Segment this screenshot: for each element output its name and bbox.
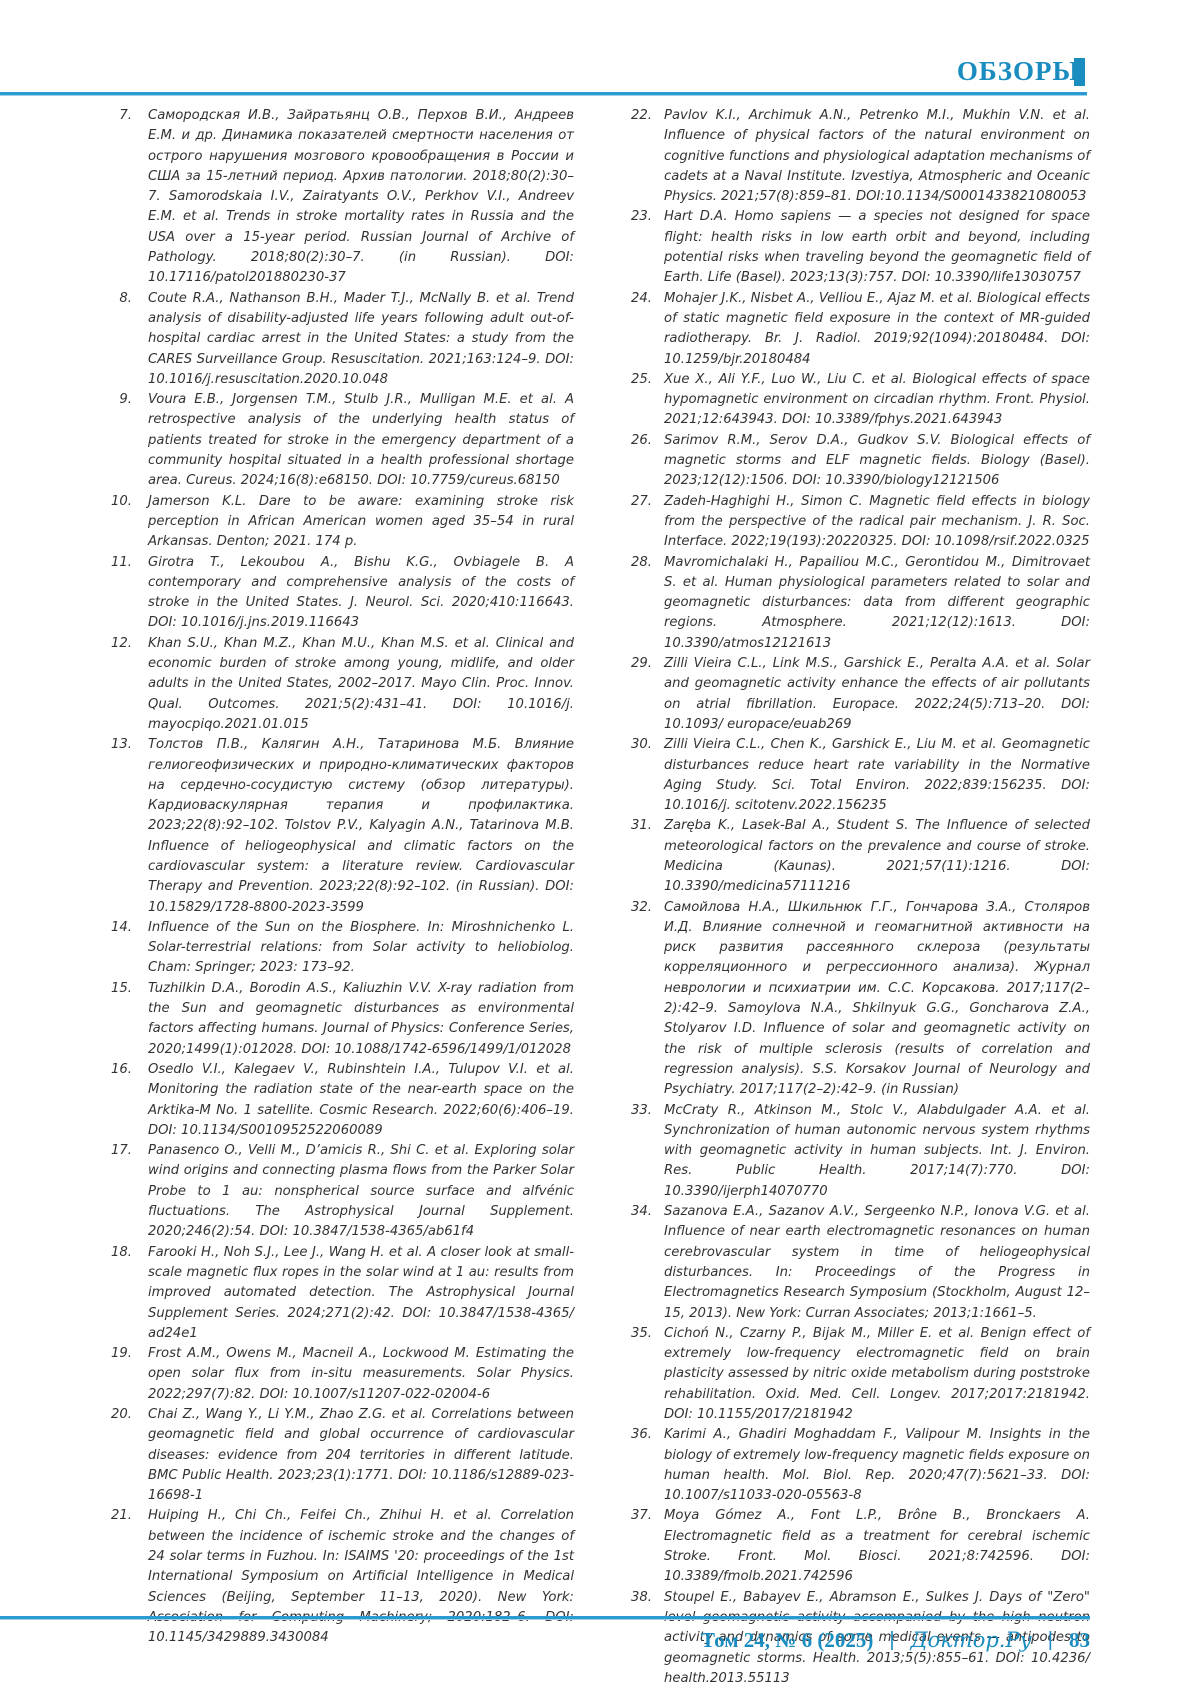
reference-text: Karimi A., Ghadiri Moghaddam F., Valipou… [664, 1427, 1090, 1503]
footer-separator: | [889, 1626, 894, 1654]
reference-number: 20. [110, 1405, 136, 1425]
reference-number: 11. [110, 553, 136, 573]
journal-brand-logo: Доктор.Ру [911, 1626, 1032, 1654]
reference-item: 34.Sazanova E.A., Sazanov A.V., Sergeenk… [636, 1202, 1090, 1324]
reference-text: Chai Z., Wang Y., Li Y.M., Zhao Z.G. et … [148, 1407, 574, 1503]
reference-item: 16.Osedlo V.I., Kalegaev V., Rubinshtein… [120, 1060, 574, 1141]
reference-number: 35. [630, 1324, 656, 1344]
reference-text: Hart D.A. Homo sapiens — a species not d… [664, 209, 1090, 285]
reference-number: 7. [110, 106, 136, 126]
reference-list-left: 7.Самородская И.В., Зайратьянц О.В., Пер… [120, 106, 574, 1649]
reference-item: 19.Frost A.M., Owens M., Macneil A., Loc… [120, 1344, 574, 1405]
reference-number: 26. [630, 431, 656, 451]
reference-number: 28. [630, 553, 656, 573]
reference-number: 25. [630, 370, 656, 390]
reference-item: 10.Jamerson K.L. Dare to be aware: exami… [120, 492, 574, 553]
reference-text: Самойлова Н.А., Шкильнюк Г.Г., Гончарова… [664, 900, 1090, 1098]
references-column-right: 22.Pavlov K.I., Archimuk A.N., Petrenko … [636, 106, 1090, 1689]
reference-item: 26.Sarimov R.M., Serov D.A., Gudkov S.V.… [636, 431, 1090, 492]
reference-text: Khan S.U., Khan M.Z., Khan M.U., Khan M.… [148, 636, 574, 732]
reference-item: 25.Xue X., Ali Y.F., Luo W., Liu C. et a… [636, 370, 1090, 431]
reference-text: Самородская И.В., Зайратьянц О.В., Перхо… [148, 108, 574, 285]
reference-item: 22.Pavlov K.I., Archimuk A.N., Petrenko … [636, 106, 1090, 207]
page-number: 83 [1069, 1626, 1090, 1654]
reference-item: 31.Zaręba K., Lasek-Bal A., Student S. T… [636, 816, 1090, 897]
reference-text: Osedlo V.I., Kalegaev V., Rubinshtein I.… [148, 1062, 574, 1138]
reference-text: Sarimov R.M., Serov D.A., Gudkov S.V. Bi… [664, 433, 1090, 489]
reference-text: Influence of the Sun on the Biosphere. I… [148, 920, 574, 976]
reference-number: 38. [630, 1588, 656, 1608]
reference-number: 19. [110, 1344, 136, 1364]
reference-number: 12. [110, 634, 136, 654]
reference-text: Huiping H., Chi Ch., Feifei Ch., Zhihui … [148, 1508, 574, 1645]
reference-item: 30.Zilli Vieira C.L., Chen K., Garshick … [636, 735, 1090, 816]
reference-number: 23. [630, 207, 656, 227]
reference-item: 28.Mavromichalaki H., Papailiou M.C., Ge… [636, 553, 1090, 654]
references-column-left: 7.Самородская И.В., Зайратьянц О.В., Пер… [120, 106, 574, 1649]
reference-number: 21. [110, 1506, 136, 1526]
reference-number: 31. [630, 816, 656, 836]
reference-item: 36.Karimi A., Ghadiri Moghaddam F., Vali… [636, 1425, 1090, 1506]
reference-text: Moya Gómez A., Font L.P., Brône B., Bron… [664, 1508, 1090, 1584]
reference-item: 24.Mohajer J.K., Nisbet A., Velliou E., … [636, 289, 1090, 370]
reference-text: Coute R.A., Nathanson B.H., Mader T.J., … [148, 291, 574, 387]
reference-item: 9.Voura E.B., Jorgensen T.M., Stulb J.R.… [120, 390, 574, 491]
reference-item: 14.Influence of the Sun on the Biosphere… [120, 918, 574, 979]
reference-item: 21.Huiping H., Chi Ch., Feifei Ch., Zhih… [120, 1506, 574, 1648]
reference-item: 37.Moya Gómez A., Font L.P., Brône B., B… [636, 1506, 1090, 1587]
reference-text: Mavromichalaki H., Papailiou M.C., Geron… [664, 555, 1090, 651]
reference-item: 13.Толстов П.В., Калягин А.Н., Татаринов… [120, 735, 574, 918]
reference-text: Jamerson K.L. Dare to be aware: examinin… [148, 494, 574, 550]
page-footer: Том 24, № 6 (2025) | Доктор.Ру | 83 [701, 1626, 1090, 1654]
reference-text: Mohajer J.K., Nisbet A., Velliou E., Aja… [664, 291, 1090, 367]
reference-number: 14. [110, 918, 136, 938]
section-title: ОБЗОРЫ [930, 56, 1080, 86]
reference-text: McCraty R., Atkinson M., Stolc V., Alabd… [664, 1103, 1090, 1199]
footer-separator: | [1048, 1626, 1053, 1654]
journal-volume: Том 24, № 6 (2025) [701, 1626, 873, 1654]
reference-text: Sazanova E.A., Sazanov A.V., Sergeenko N… [664, 1204, 1090, 1320]
reference-number: 33. [630, 1101, 656, 1121]
reference-number: 10. [110, 492, 136, 512]
reference-number: 13. [110, 735, 136, 755]
reference-number: 32. [630, 898, 656, 918]
reference-item: 12.Khan S.U., Khan M.Z., Khan M.U., Khan… [120, 634, 574, 735]
reference-text: Farooki H., Noh S.J., Lee J., Wang H. et… [148, 1245, 574, 1341]
reference-item: 27.Zadeh-Haghighi H., Simon C. Magnetic … [636, 492, 1090, 553]
reference-item: 32.Самойлова Н.А., Шкильнюк Г.Г., Гончар… [636, 898, 1090, 1101]
reference-item: 18.Farooki H., Noh S.J., Lee J., Wang H.… [120, 1243, 574, 1344]
reference-text: Pavlov K.I., Archimuk A.N., Petrenko M.I… [664, 108, 1090, 204]
section-tab-marker [1074, 58, 1085, 86]
reference-number: 34. [630, 1202, 656, 1222]
reference-number: 16. [110, 1060, 136, 1080]
reference-item: 11.Girotra T., Lekoubou A., Bishu K.G., … [120, 553, 574, 634]
reference-number: 37. [630, 1506, 656, 1526]
reference-number: 24. [630, 289, 656, 309]
reference-text: Толстов П.В., Калягин А.Н., Татаринова М… [148, 737, 574, 914]
reference-text: Tuzhilkin D.A., Borodin A.S., Kaliuzhin … [148, 981, 574, 1057]
reference-number: 17. [110, 1141, 136, 1161]
reference-item: 33.McCraty R., Atkinson M., Stolc V., Al… [636, 1101, 1090, 1202]
reference-item: 35.Cichoń N., Czarny P., Bijak M., Mille… [636, 1324, 1090, 1425]
reference-text: Cichoń N., Czarny P., Bijak M., Miller E… [664, 1326, 1090, 1422]
reference-text: Zaręba K., Lasek-Bal A., Student S. The … [664, 818, 1090, 894]
reference-item: 7.Самородская И.В., Зайратьянц О.В., Пер… [120, 106, 574, 289]
reference-text: Zadeh-Haghighi H., Simon C. Magnetic fie… [664, 494, 1090, 550]
reference-number: 29. [630, 654, 656, 674]
reference-item: 8.Coute R.A., Nathanson B.H., Mader T.J.… [120, 289, 574, 390]
reference-item: 15.Tuzhilkin D.A., Borodin A.S., Kaliuzh… [120, 979, 574, 1060]
reference-item: 17.Panasenco O., Velli M., D’amicis R., … [120, 1141, 574, 1242]
reference-number: 9. [110, 390, 136, 410]
reference-text: Frost A.M., Owens M., Macneil A., Lockwo… [148, 1346, 574, 1402]
reference-text: Girotra T., Lekoubou A., Bishu K.G., Ovb… [148, 555, 574, 631]
reference-text: Zilli Vieira C.L., Chen K., Garshick E.,… [664, 737, 1090, 813]
reference-text: Voura E.B., Jorgensen T.M., Stulb J.R., … [148, 392, 574, 488]
header-divider [0, 92, 1087, 96]
reference-number: 18. [110, 1243, 136, 1263]
reference-number: 22. [630, 106, 656, 126]
reference-item: 29.Zilli Vieira C.L., Link M.S., Garshic… [636, 654, 1090, 735]
reference-item: 23.Hart D.A. Homo sapiens — a species no… [636, 207, 1090, 288]
reference-number: 36. [630, 1425, 656, 1445]
reference-number: 30. [630, 735, 656, 755]
reference-number: 8. [110, 289, 136, 309]
reference-text: Xue X., Ali Y.F., Luo W., Liu C. et al. … [664, 372, 1090, 428]
footer-divider [0, 1616, 1090, 1620]
reference-number: 15. [110, 979, 136, 999]
reference-item: 20.Chai Z., Wang Y., Li Y.M., Zhao Z.G. … [120, 1405, 574, 1506]
reference-text: Zilli Vieira C.L., Link M.S., Garshick E… [664, 656, 1090, 732]
reference-number: 27. [630, 492, 656, 512]
reference-text: Panasenco O., Velli M., D’amicis R., Shi… [148, 1143, 574, 1239]
reference-list-right: 22.Pavlov K.I., Archimuk A.N., Petrenko … [636, 106, 1090, 1689]
